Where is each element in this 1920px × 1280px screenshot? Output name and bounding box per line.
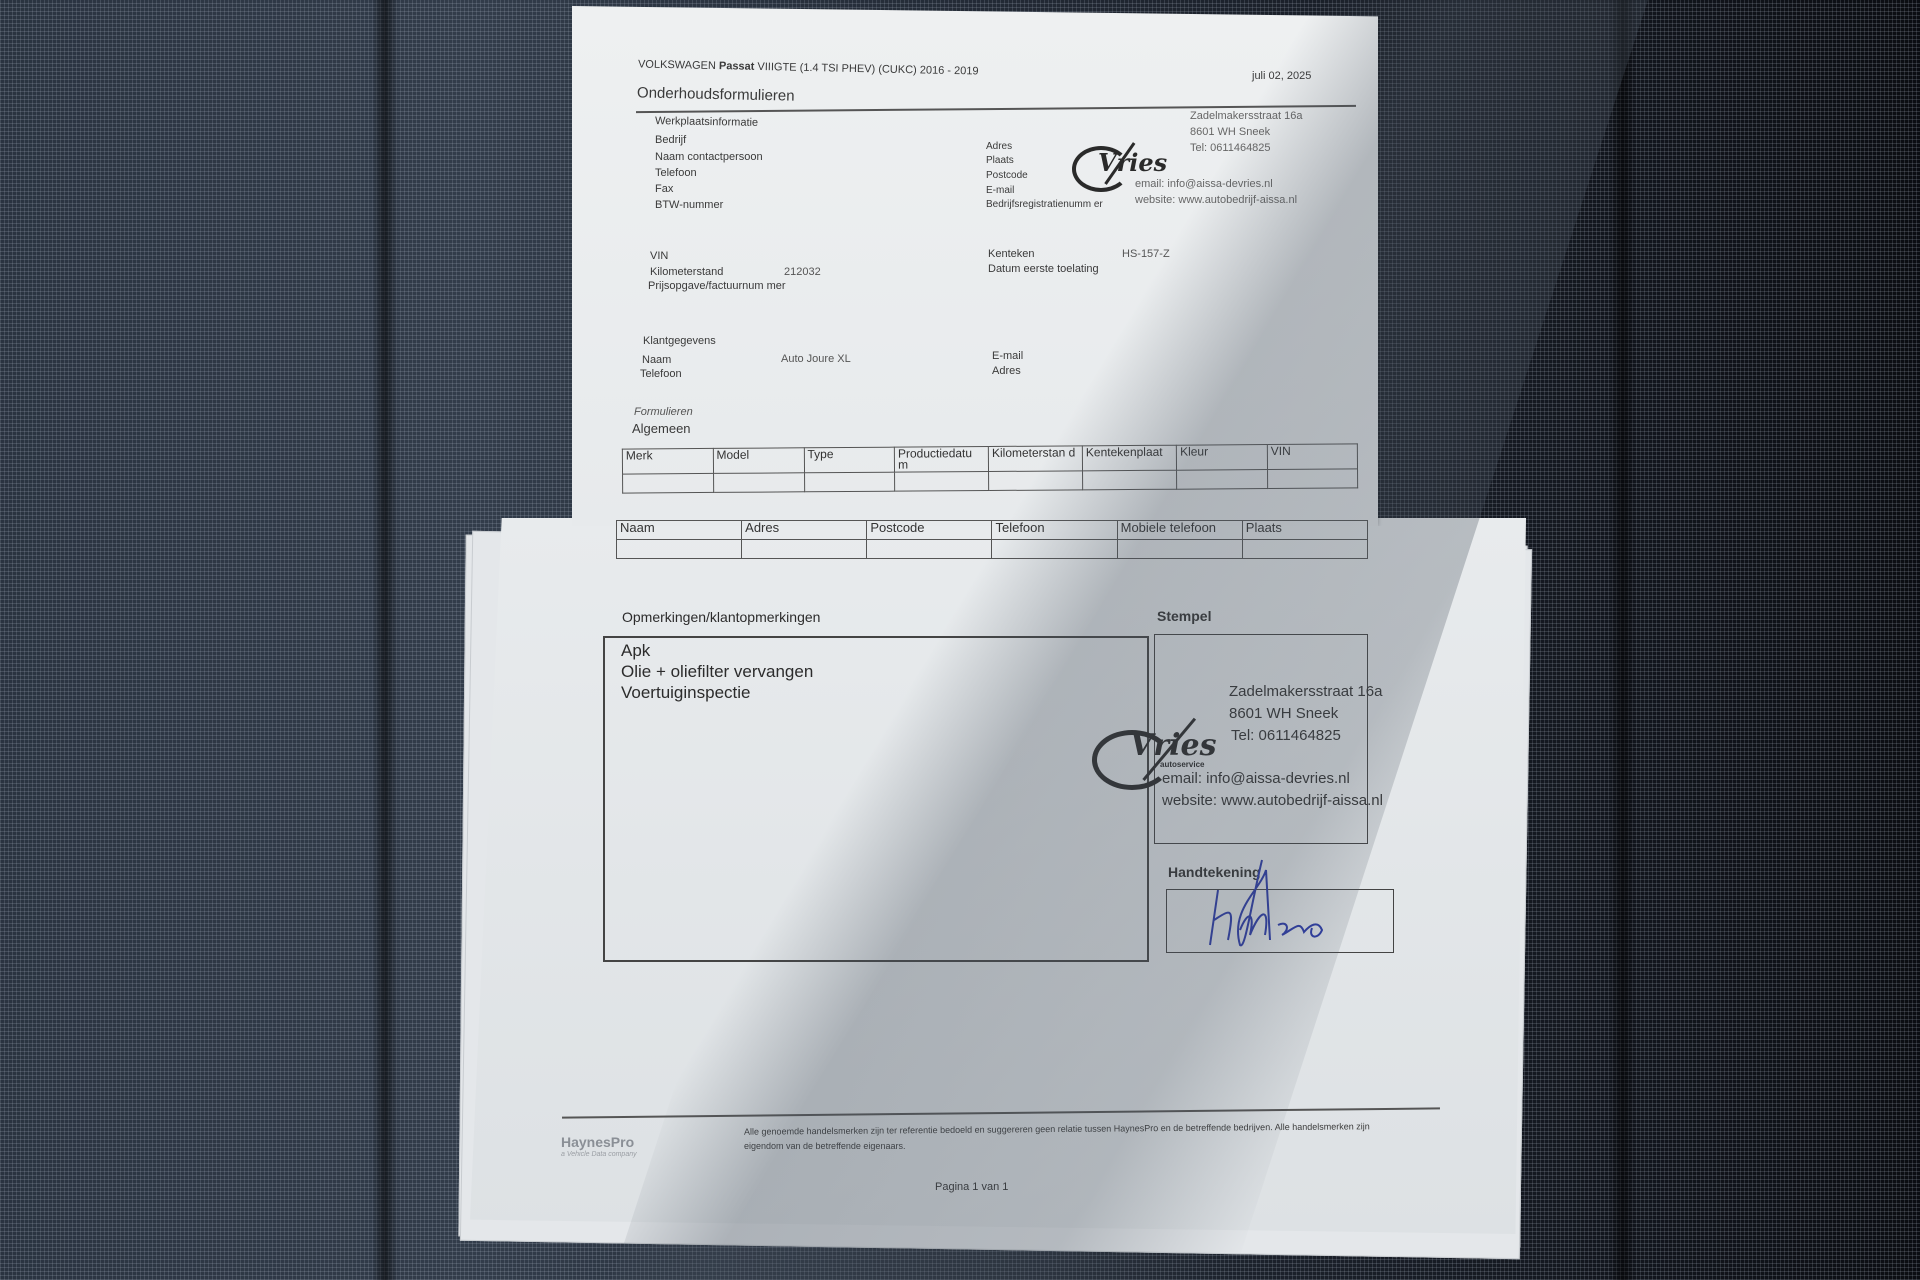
- customer-table-header: Adres: [742, 521, 867, 540]
- customer-name-label: Naam: [642, 354, 671, 366]
- customer-table-cell: [617, 540, 742, 559]
- remark-line: Apk: [621, 640, 813, 661]
- workshop-address-line1: Zadelmakersstraat 16a: [1190, 110, 1303, 122]
- stamp-phone: Tel: 0611464825: [1231, 727, 1341, 744]
- vehicle-table-cell: [1083, 470, 1177, 490]
- logo-wordmark: Vries: [1098, 148, 1167, 177]
- field-label-vat: BTW-nummer: [655, 199, 723, 211]
- customer-table-header: Mobiele telefoon: [1117, 521, 1242, 540]
- vehicle-table-cell: [804, 472, 895, 492]
- customer-table-header: Telefoon: [992, 521, 1117, 540]
- workshop-phone: Tel: 0611464825: [1190, 142, 1271, 154]
- km-label: Kilometerstand: [650, 266, 723, 278]
- field-label-company-reg: Bedrijfsregistratienumm er: [986, 199, 1126, 210]
- customer-table-cell: [1242, 540, 1367, 559]
- vehicle-table-header: VIN: [1267, 444, 1357, 470]
- vehicle-info-table: MerkModelTypeProductiedatu mKilometersta…: [622, 443, 1358, 493]
- vehicle-make: VOLKSWAGEN: [638, 58, 716, 72]
- remark-line: Voertuiginspectie: [621, 682, 813, 703]
- vehicle-model: Passat: [719, 60, 755, 73]
- workshop-email: email: info@aissa-devries.nl: [1135, 178, 1273, 190]
- remarks-box: ApkOlie + oliefilter vervangenVoertuigin…: [603, 636, 1149, 962]
- customer-table-cell: [992, 540, 1117, 559]
- vehicle-table-header: Kilometerstan d: [988, 446, 1082, 472]
- vehicle-table-cell: [1177, 470, 1268, 490]
- customer-table-cell: [742, 540, 867, 559]
- haynespro-tagline: a Vehicle Data company: [561, 1151, 637, 1158]
- vehicle-table-header: Kentekenplaat: [1082, 445, 1176, 471]
- vehicle-table-cell: [623, 473, 714, 493]
- vehicle-table-cell: [895, 472, 989, 492]
- customer-table-cell: [867, 540, 992, 559]
- customer-email-label: E-mail: [992, 350, 1023, 362]
- vehicle-table-header: Productiedatu m: [894, 447, 988, 473]
- field-label-city: Plaats: [986, 155, 1014, 166]
- customer-address-label: Adres: [992, 365, 1021, 377]
- plate-label: Kenteken: [988, 248, 1034, 260]
- stamp-address-line2: 8601 WH Sneek: [1229, 705, 1338, 722]
- customer-phone-label: Telefoon: [640, 368, 682, 380]
- customer-table-header: Postcode: [867, 521, 992, 540]
- field-label-contact: Naam contactpersoon: [655, 151, 763, 163]
- customer-info-table: NaamAdresPostcodeTelefoonMobiele telefoo…: [616, 520, 1368, 559]
- workshop-website: website: www.autobedrijf-aissa.nl: [1135, 194, 1297, 206]
- maintenance-form: VOLKSWAGEN Passat VIIIGTE (1.4 TSI PHEV)…: [0, 0, 1920, 1280]
- vin-label: VIN: [650, 250, 668, 262]
- customer-table-header: Plaats: [1242, 521, 1367, 540]
- handwritten-signature-icon: [1200, 850, 1350, 960]
- field-label-company: Bedrijf: [655, 134, 686, 146]
- first-registration-label: Datum eerste toelating: [988, 263, 1099, 275]
- footer-divider: [562, 1107, 1440, 1118]
- vehicle-table-cell: [989, 471, 1083, 491]
- plate-value: HS-157-Z: [1122, 248, 1170, 260]
- forms-subsection-general: Algemeen: [632, 421, 691, 436]
- field-label-address: Adres: [986, 141, 1012, 152]
- footer-disclaimer-line1: Alle genoemde handelsmerken zijn ter ref…: [744, 1121, 1370, 1136]
- remark-line: Olie + oliefilter vervangen: [621, 661, 813, 682]
- vehicle-title: VOLKSWAGEN Passat VIIIGTE (1.4 TSI PHEV)…: [638, 58, 979, 77]
- vehicle-table-header: Kleur: [1177, 445, 1268, 471]
- stamp-website: website: www.autobedrijf-aissa.nl: [1162, 792, 1383, 809]
- vehicle-table-header: Model: [713, 448, 804, 474]
- form-title: Onderhoudsformulieren: [637, 84, 795, 104]
- customer-table-header: Naam: [617, 521, 742, 540]
- footer-disclaimer-line2: eigendom van de betreffende eigenaars.: [744, 1141, 905, 1151]
- forms-section-label: Formulieren: [634, 406, 693, 418]
- vehicle-table-header: Merk: [622, 448, 713, 474]
- page-number: Pagina 1 van 1: [935, 1181, 1008, 1193]
- remarks-content: ApkOlie + oliefilter vervangenVoertuigin…: [621, 640, 813, 703]
- stamp-label: Stempel: [1157, 608, 1211, 624]
- workshop-section-label: Werkplaatsinformatie: [655, 115, 758, 129]
- document-date: juli 02, 2025: [1252, 70, 1311, 82]
- field-label-email: E-mail: [986, 185, 1014, 196]
- field-label-fax: Fax: [655, 183, 673, 195]
- invoice-number-label: Prijsopgave/factuurnum mer: [648, 281, 788, 291]
- field-label-phone: Telefoon: [655, 167, 697, 179]
- vehicle-table-cell: [1267, 469, 1357, 489]
- stamp-address-line1: Zadelmakersstraat 16a: [1229, 683, 1382, 700]
- customer-table-cell: [1117, 540, 1242, 559]
- workshop-address-line2: 8601 WH Sneek: [1190, 126, 1270, 138]
- km-value: 212032: [784, 266, 821, 278]
- vehicle-variant: VIIIGTE (1.4 TSI PHEV) (CUKC) 2016 - 201…: [757, 61, 978, 78]
- haynespro-logo: HaynesPro: [561, 1134, 634, 1150]
- vehicle-table-cell: [713, 473, 804, 493]
- stamp-logo-wordmark: Vries: [1130, 728, 1216, 763]
- customer-name-value: Auto Joure XL: [781, 353, 851, 365]
- field-label-postcode: Postcode: [986, 170, 1028, 181]
- customer-section-label: Klantgegevens: [643, 335, 716, 347]
- stamp-logo-subtext: autoservice: [1160, 760, 1204, 769]
- vehicle-table-header: Type: [804, 447, 895, 473]
- remarks-label: Opmerkingen/klantopmerkingen: [622, 609, 820, 625]
- stamp-email: email: info@aissa-devries.nl: [1162, 770, 1350, 787]
